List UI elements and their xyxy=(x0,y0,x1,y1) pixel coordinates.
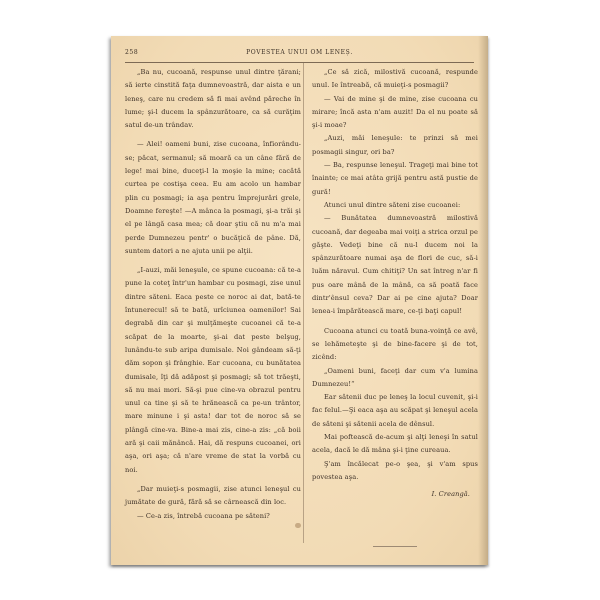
column-divider xyxy=(303,63,304,543)
paragraph: „Oameni buni, faceţi dar cum v'a lumina … xyxy=(312,365,478,392)
paragraph: „Auzi, măi leneşule: te prinzi să mei po… xyxy=(312,132,478,159)
paragraph: „Ce să zică, milostivă cucoană, respunde… xyxy=(312,66,478,93)
end-rule xyxy=(373,546,417,547)
paragraph: Cucoana atunci cu toată buna-voinţă ce a… xyxy=(312,325,478,365)
paragraph: Mai poftească de-acum şi alţi leneşi în … xyxy=(312,431,478,458)
paragraph: Ear sătenii duc pe leneş la locul cuveni… xyxy=(312,391,478,431)
paragraph: — Bunătatea dumnevoastră milostivă cucoa… xyxy=(312,212,478,318)
paragraph: „Dar muieţi-s posmagii, zise atunci lene… xyxy=(125,483,301,510)
page-header: 258 POVESTEA UNUI OM LENEȘ. xyxy=(125,49,474,61)
running-title: POVESTEA UNUI OM LENEȘ. xyxy=(125,49,474,56)
author-signature: I. Creangă. xyxy=(312,488,478,501)
paragraph: Ş'am încălecat pe-o şea, şi v'am spus po… xyxy=(312,458,478,485)
header-rule xyxy=(125,62,474,63)
left-column: „Ba nu, cucoană, respunse unul dintre ţă… xyxy=(125,66,301,523)
paragraph: „I-auzi, măi leneşule, ce spune cucoana:… xyxy=(125,264,301,477)
paragraph: Atunci unul dintre săteni zise cucoanei: xyxy=(312,199,478,212)
ink-smudge xyxy=(295,523,301,528)
paragraph: — Ce-a zis, întrebă cucoana pe săteni? xyxy=(125,510,301,523)
paragraph: „Ba nu, cucoană, respunse unul dintre ţă… xyxy=(125,66,301,132)
paragraph: — Vai de mine şi de mine, zise cucoana c… xyxy=(312,93,478,133)
paragraph: — Ba, respunse leneşul. Trageţi mai bine… xyxy=(312,159,478,199)
right-column: „Ce să zică, milostivă cucoană, respunde… xyxy=(312,66,478,547)
paragraph: — Alei! oameni buni, zise cucoana, înfio… xyxy=(125,138,301,258)
book-page: 258 POVESTEA UNUI OM LENEȘ. „Ba nu, cuco… xyxy=(111,36,488,565)
